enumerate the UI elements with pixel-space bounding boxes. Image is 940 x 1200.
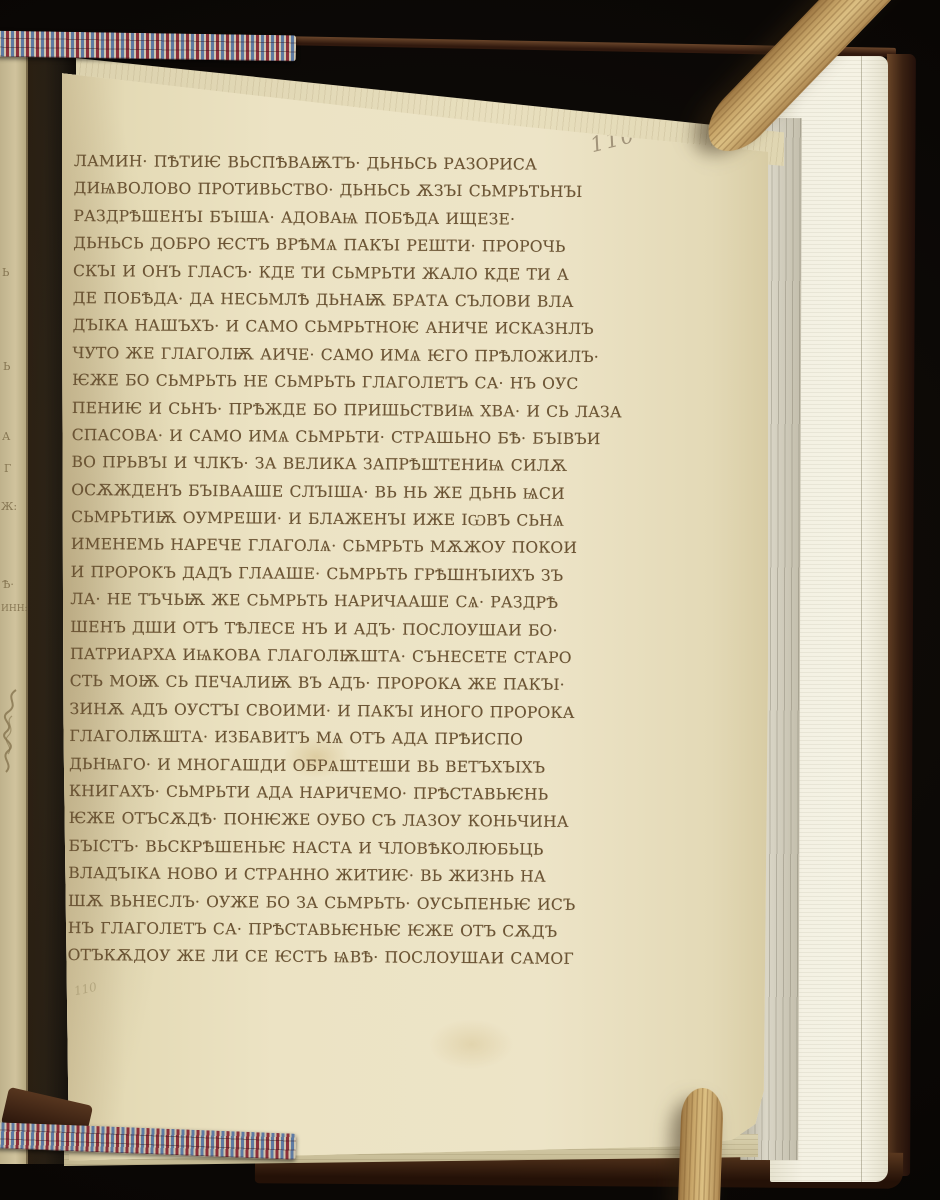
pencil-folio-number-faint: 110: [73, 980, 98, 998]
manuscript-text-line: ГЛАГОЛѬШТА· ИЗБАВИТЪ МѦ ОТЪ АДА ПРѢИСПО: [69, 723, 689, 755]
manuscript-text-line: ѤЖЕ БО СЬМРЬТЬ НЕ СЬМРЬТЬ ГЛАГОЛЕТЪ СА· …: [72, 367, 692, 399]
manuscript-text-line: ВЛАДЪІКА НОВО И СТРАННО ЖИТИѤ· ВЬ ЖИЗНЬ …: [68, 860, 688, 892]
wooden-pointer-bottom: [678, 1087, 724, 1200]
tailpiece-ornament-icon: [0, 688, 22, 774]
margin-fragment: Ѣ·: [2, 578, 14, 591]
margin-fragment: Г: [4, 462, 11, 475]
endband-top: [0, 31, 296, 62]
manuscript-photograph: Ь Ь А Г Ж: Ѣ· ИНН: ЛАМИН· ПѢТИѤ ВЬСПѢВАѬ…: [0, 0, 940, 1200]
margin-fragment: Ь: [2, 266, 9, 279]
manuscript-text-line: ЛА· НЕ ТЪЧЬѬ ЖЕ СЬМРЬТЬ НАРИЧААШЕ СѦ· РА…: [70, 586, 690, 618]
manuscript-text-block: ЛАМИН· ПѢТИѤ ВЬСПѢВАѬТЪ· ДЬНЬСЬ РАЗОРИСА…: [68, 148, 694, 975]
manuscript-text-line: ВО ПРЬВЪІ И ЧЛКЪ· ЗА ВЕЛИКА ЗАПРѢШТЕНИѨ …: [71, 449, 691, 481]
margin-fragment: Ж:: [1, 500, 17, 513]
left-page-edge: Ь Ь А Г Ж: Ѣ· ИНН:: [0, 52, 28, 1164]
margin-fragment: Ь: [3, 360, 10, 373]
manuscript-text-line: ДЬНЬСЬ ДОБРО ѤСТЪ ВРѢМѦ ПАКЪІ РЕШТИ· ПРО…: [73, 230, 693, 262]
margin-fragment: А: [2, 430, 10, 443]
manuscript-text-line: ОТЪКѪДОУ ЖЕ ЛИ СЕ ѤСТЪ ѨВѢ· ПОСЛОУШАИ СА…: [68, 942, 688, 974]
margin-fragment: ИНН:: [1, 604, 28, 614]
parchment-page: ЛАМИН· ПѢТИѤ ВЬСПѢВАѬТЪ· ДЬНЬСЬ РАЗОРИСА…: [62, 60, 768, 1166]
